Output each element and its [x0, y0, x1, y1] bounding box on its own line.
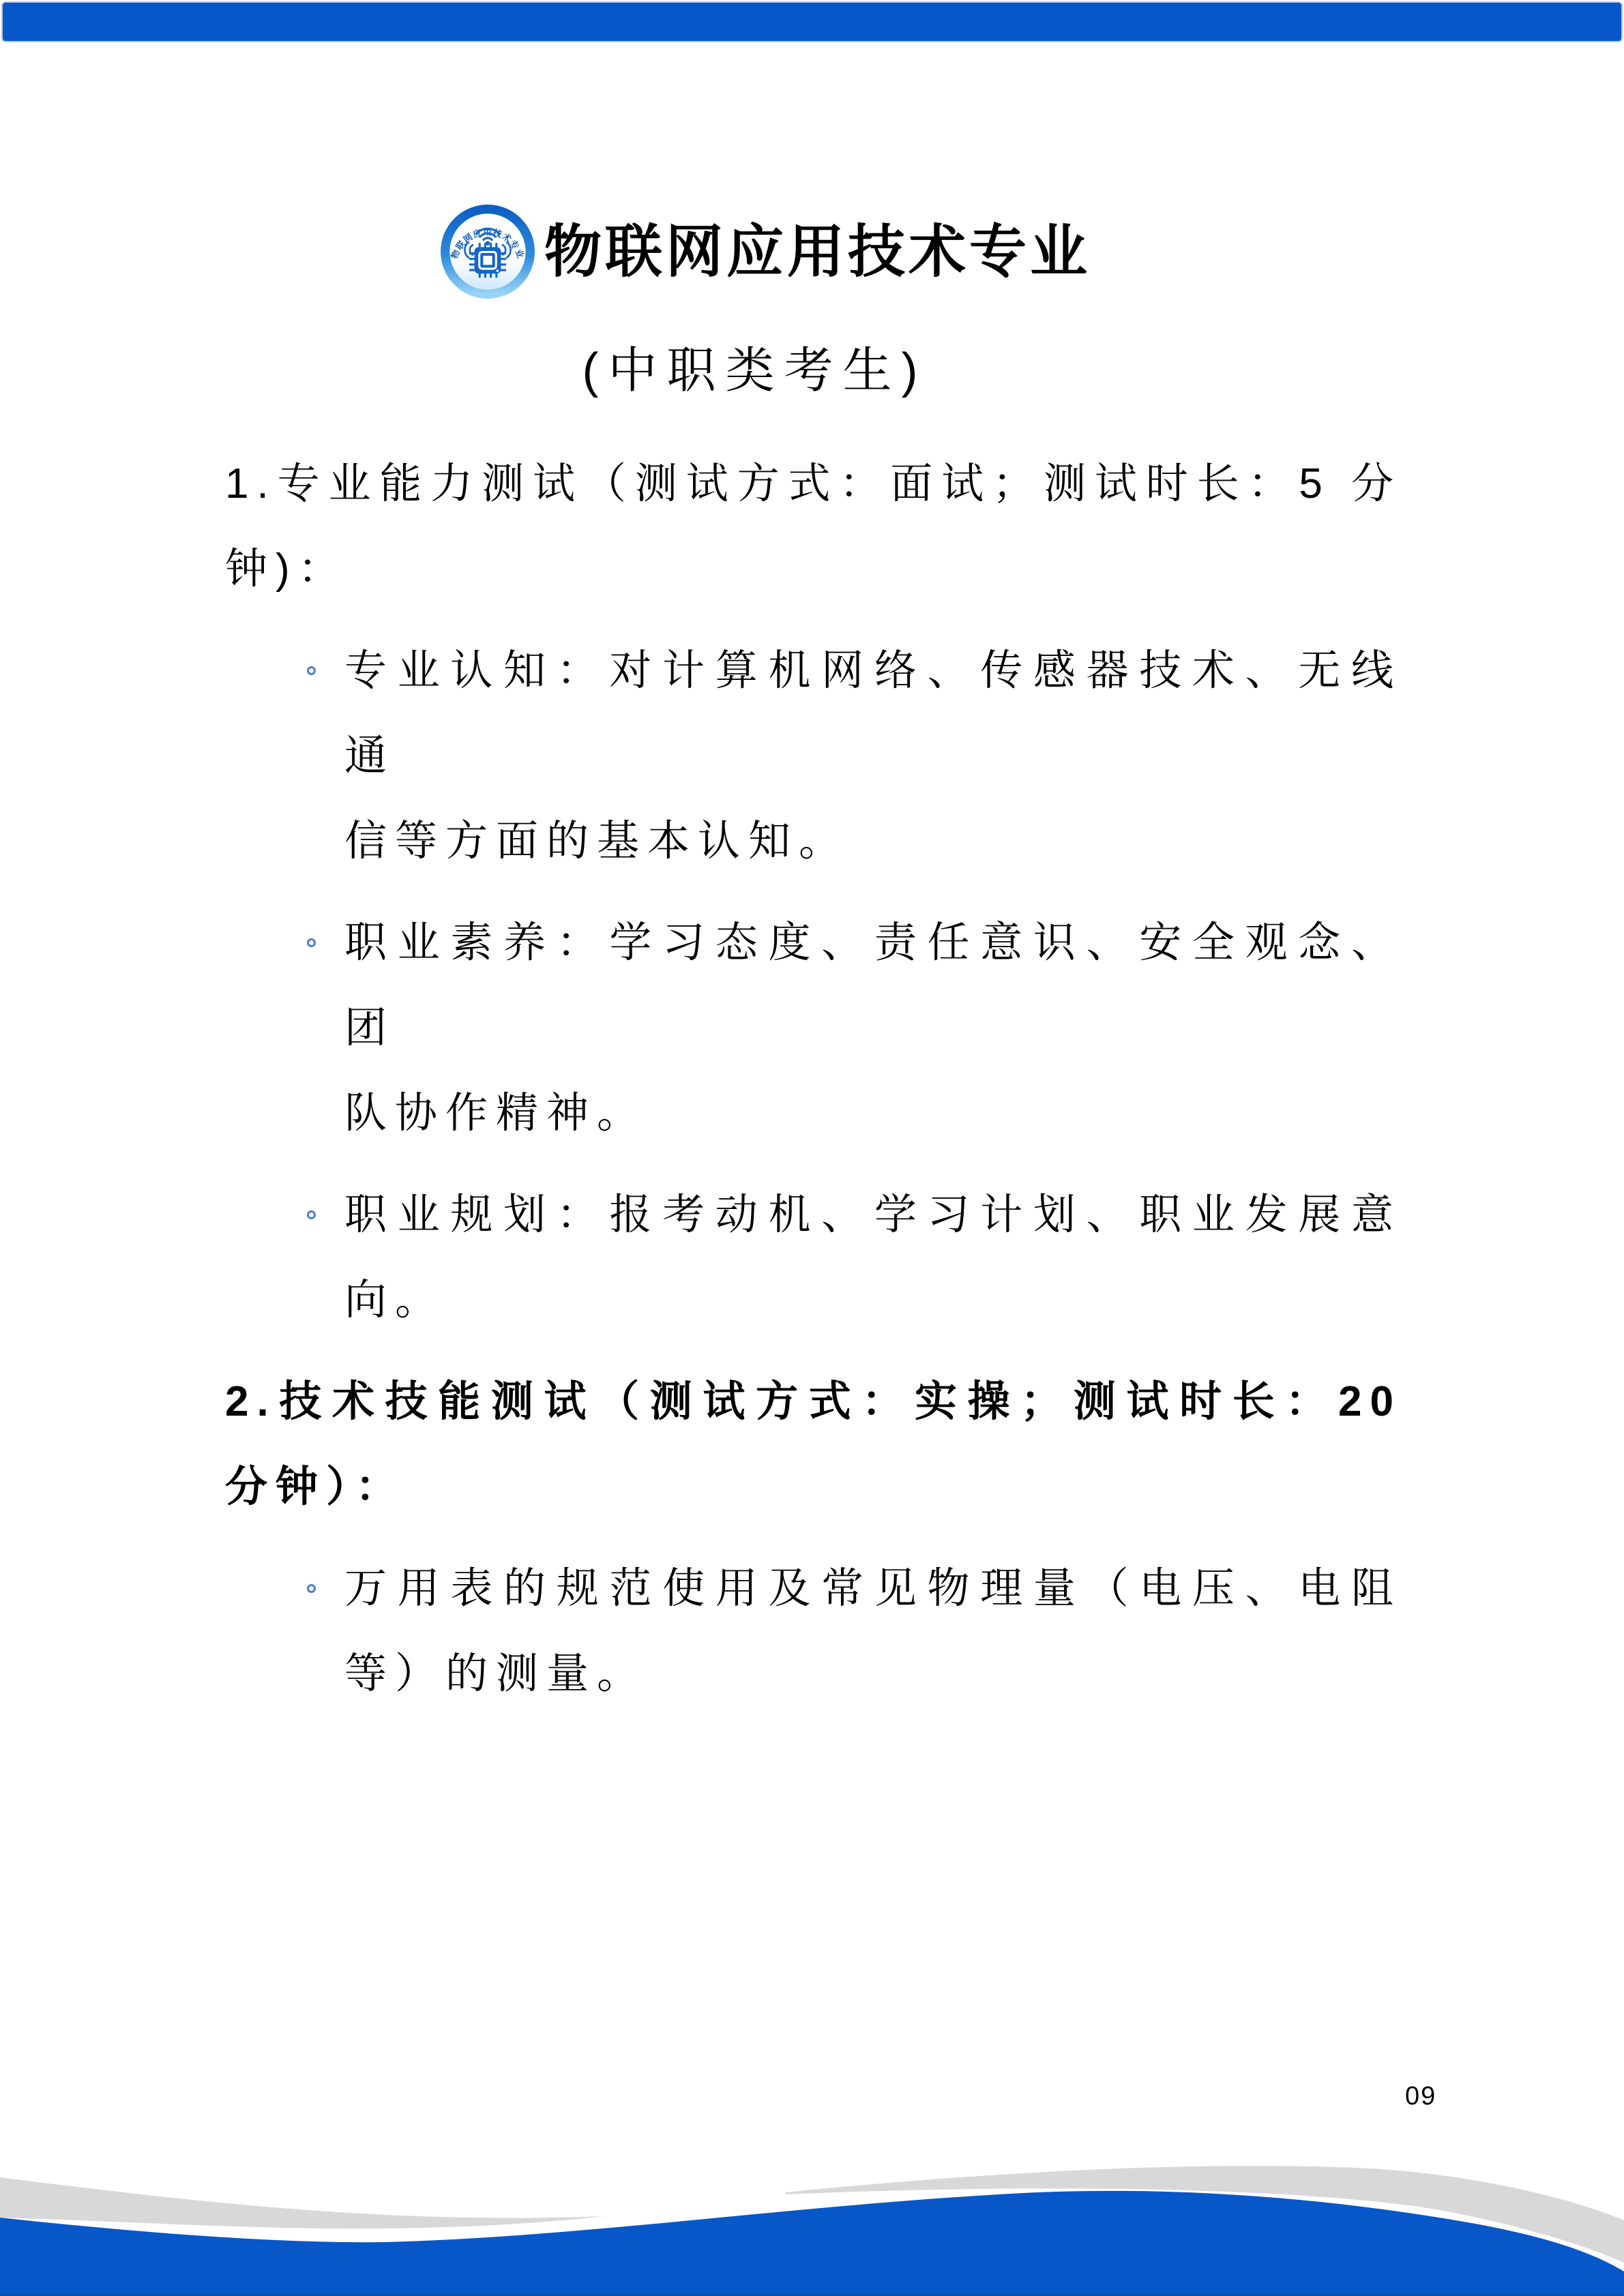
- bullet-circle-icon: [307, 1210, 316, 1219]
- bullet-circle-icon: [307, 666, 316, 675]
- footer-gray-wave-left: [0, 2177, 606, 2228]
- text-line: 分钟）：: [225, 1444, 1402, 1530]
- body-text-block: 1.专业能力测试（测试方式：面试；测试时长：5 分 钟)： 专业认知：对计算机网…: [225, 441, 1402, 1733]
- page-number: 09: [1405, 2081, 1436, 2111]
- bullet-item: 职业规划：报考动机、学习计划、职业发展意 向。: [225, 1172, 1402, 1343]
- bullet-circle-icon: [307, 938, 316, 947]
- text-line: 钟)：: [225, 526, 1402, 612]
- bullet-item: 万用表的规范使用及常见物理量（电压、电阻 等）的测量。: [225, 1546, 1402, 1716]
- document-page: 物联网应用技术专业: [0, 0, 1624, 2296]
- bullet-item: 专业认知：对计算机网络、传感器技术、无线通 信等方面的基本认知。: [225, 628, 1402, 884]
- text-line: 专业认知：对计算机网络、传感器技术、无线通: [344, 628, 1402, 799]
- iot-logo-icon: 物联网应用技术专业: [441, 205, 535, 299]
- header-bar: [1, 1, 1623, 42]
- footer-bottom-edge: [0, 2294, 1624, 2296]
- text-line: 等）的测量。: [344, 1631, 1402, 1716]
- page-subtitle: (中职类考生): [0, 336, 1567, 407]
- text-line: 向。: [344, 1257, 1402, 1343]
- text-line: 1.专业能力测试（测试方式：面试；测试时长：5 分: [225, 441, 1402, 526]
- bullet-item: 职业素养：学习态度、责任意识、安全观念、团 队协作精神。: [225, 900, 1402, 1156]
- page-title: 物联网应用技术专业: [544, 220, 1091, 283]
- text-line: 2.技术技能测试（测试方式：实操；测试时长：20: [225, 1359, 1402, 1444]
- bullet-circle-icon: [307, 1584, 316, 1593]
- section-heading-1: 1.专业能力测试（测试方式：面试；测试时长：5 分 钟)：: [225, 441, 1402, 612]
- text-line: 队协作精神。: [344, 1071, 1402, 1156]
- text-line: 万用表的规范使用及常见物理量（电压、电阻: [344, 1546, 1402, 1631]
- text-line: 信等方面的基本认知。: [344, 799, 1402, 884]
- text-line: 职业素养：学习态度、责任意识、安全观念、团: [344, 900, 1402, 1071]
- section-heading-2: 2.技术技能测试（测试方式：实操；测试时长：20 分钟）：: [225, 1359, 1402, 1530]
- text-line: 职业规划：报考动机、学习计划、职业发展意: [344, 1172, 1402, 1257]
- title-row: 物联网应用技术专业: [0, 205, 1578, 299]
- footer-waves: [0, 2114, 1624, 2296]
